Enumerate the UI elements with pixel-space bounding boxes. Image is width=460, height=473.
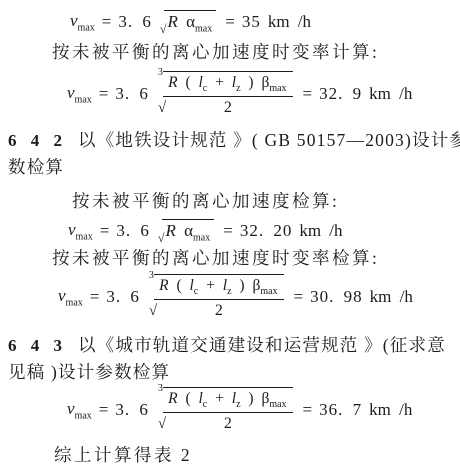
var-lz: lz	[232, 74, 241, 91]
root-index: 3	[149, 270, 154, 281]
close-paren: )	[248, 390, 253, 407]
var-lz: lz	[223, 277, 232, 294]
paragraph-check-rate: 按未被平衡的离心加速度时变率检算:	[52, 247, 379, 270]
vmax-symbol: vmax	[70, 11, 95, 33]
var-R: R	[168, 74, 177, 91]
fraction-numerator: R ( lc + lz ) βmax	[154, 274, 283, 300]
alpha-symbol: α	[184, 221, 193, 240]
square-root: √ R αmax	[160, 10, 216, 34]
vmax-symbol: vmax	[58, 286, 83, 308]
fraction: R ( lc + lz ) βmax 2	[163, 387, 292, 433]
result-unit: km /h	[299, 221, 342, 241]
equals-sign: =	[99, 400, 109, 420]
result-value: 32. 20	[240, 221, 293, 241]
plus-sign: +	[206, 277, 215, 294]
plus-sign: +	[215, 74, 224, 91]
beta-max: βmax	[261, 390, 286, 407]
result-value: 30. 98	[310, 287, 363, 307]
result-value: 35	[242, 12, 261, 32]
var-R: R	[168, 390, 177, 407]
alpha-symbol: α	[186, 12, 195, 31]
cube-root: 3 √ R ( lc + lz ) βmax 2	[158, 387, 293, 433]
coefficient: 3. 6	[116, 221, 150, 241]
close-paren: )	[248, 74, 253, 91]
sub-max: max	[78, 22, 95, 33]
cube-root: 3 √ R ( lc + lz ) βmax 2	[158, 71, 293, 117]
sub-max: max	[195, 23, 212, 34]
result-unit: km /h	[370, 287, 413, 307]
var-R: R	[159, 277, 168, 294]
paragraph-closing: 综上计算得表 2	[54, 444, 192, 467]
equals-sign: =	[303, 400, 313, 420]
root-index: 3	[158, 383, 163, 394]
equals-sign: =	[303, 84, 313, 104]
var-R: R	[165, 221, 175, 240]
open-paren: (	[185, 74, 190, 91]
equals-sign: =	[225, 12, 235, 32]
section-heading-643: 6 4 3以《城市轨道交通建设和运营规范 》(征求意	[8, 334, 446, 357]
root-index: 3	[158, 67, 163, 78]
radicand: R αmax	[162, 219, 214, 243]
result-unit: km /h	[369, 84, 412, 104]
paragraph-calc-rate: 按未被平衡的离心加速度时变率计算:	[52, 41, 379, 64]
result-value: 36. 7	[319, 400, 362, 420]
cube-root: 3 √ R ( lc + lz ) βmax 2	[149, 274, 284, 320]
open-paren: (	[176, 277, 181, 294]
beta-max: βmax	[252, 277, 277, 294]
section-number: 6 4 2	[8, 131, 66, 150]
sub-max: max	[66, 297, 83, 308]
sub-max: max	[76, 231, 93, 242]
fraction: R ( lc + lz ) βmax 2	[163, 71, 292, 117]
var-v: v	[68, 220, 76, 239]
var-v: v	[58, 286, 66, 305]
section-heading-642: 6 4 2以《地铁设计规范 》( GB 50157—2003)设计参	[8, 129, 460, 152]
vmax-symbol: vmax	[67, 399, 92, 421]
formula-vmax-cbrt-3: vmax = 3. 6 3 √ R ( lc + lz ) βmax 2 = 3…	[67, 387, 412, 433]
formula-vmax-sqrt-2: vmax = 3. 6 √ R αmax = 32. 20 km /h	[68, 219, 343, 243]
equals-sign: =	[90, 287, 100, 307]
close-paren: )	[239, 277, 244, 294]
equals-sign: =	[99, 84, 109, 104]
result-unit: km /h	[369, 400, 412, 420]
var-lz: lz	[232, 390, 241, 407]
equals-sign: =	[100, 221, 110, 241]
formula-vmax-cbrt-2: vmax = 3. 6 3 √ R ( lc + lz ) βmax 2 = 3…	[58, 274, 413, 320]
vmax-symbol: vmax	[68, 220, 93, 242]
var-lc: lc	[198, 390, 207, 407]
var-v: v	[67, 399, 75, 418]
vmax-symbol: vmax	[67, 83, 92, 105]
beta-max: βmax	[261, 74, 286, 91]
section-heading-643-wrap: 见稿 )设计参数检算	[8, 361, 170, 384]
coefficient: 3. 6	[106, 287, 140, 307]
fraction-denominator: 2	[224, 97, 232, 117]
var-v: v	[70, 11, 78, 30]
section-title: 以《城市轨道交通建设和运营规范 》(征求意	[78, 335, 446, 355]
result-unit: km /h	[268, 12, 311, 32]
var-lc: lc	[198, 74, 207, 91]
paragraph-check-accel: 按未被平衡的离心加速度检算:	[72, 190, 339, 213]
fraction-numerator: R ( lc + lz ) βmax	[163, 71, 292, 97]
scanned-document-page: vmax = 3. 6 √ R αmax = 35 km /h 按未被平衡的离心…	[0, 0, 460, 473]
var-R: R	[167, 12, 177, 31]
fraction-denominator: 2	[215, 300, 223, 320]
section-title: 以《地铁设计规范 》( GB 50157—2003)设计参	[78, 130, 460, 150]
equals-sign: =	[294, 287, 304, 307]
formula-vmax-sqrt-1: vmax = 3. 6 √ R αmax = 35 km /h	[70, 10, 311, 34]
radicand: R αmax	[164, 10, 216, 34]
var-v: v	[67, 83, 75, 102]
sub-max: max	[75, 94, 92, 105]
equals-sign: =	[223, 221, 233, 241]
sub-max: max	[193, 232, 210, 243]
plus-sign: +	[215, 390, 224, 407]
sub-max: max	[75, 410, 92, 421]
section-heading-642-wrap: 数检算	[8, 156, 64, 179]
coefficient: 3. 6	[115, 84, 149, 104]
result-value: 32. 9	[319, 84, 362, 104]
coefficient: 3. 6	[115, 400, 149, 420]
fraction: R ( lc + lz ) βmax 2	[154, 274, 283, 320]
equals-sign: =	[102, 12, 112, 32]
section-number: 6 4 3	[8, 336, 66, 355]
formula-vmax-cbrt-1: vmax = 3. 6 3 √ R ( lc + lz ) βmax 2 = 3…	[67, 71, 412, 117]
square-root: √ R αmax	[158, 219, 214, 243]
open-paren: (	[185, 390, 190, 407]
fraction-numerator: R ( lc + lz ) βmax	[163, 387, 292, 413]
fraction-denominator: 2	[224, 413, 232, 433]
var-lc: lc	[189, 277, 198, 294]
coefficient: 3. 6	[118, 12, 152, 32]
